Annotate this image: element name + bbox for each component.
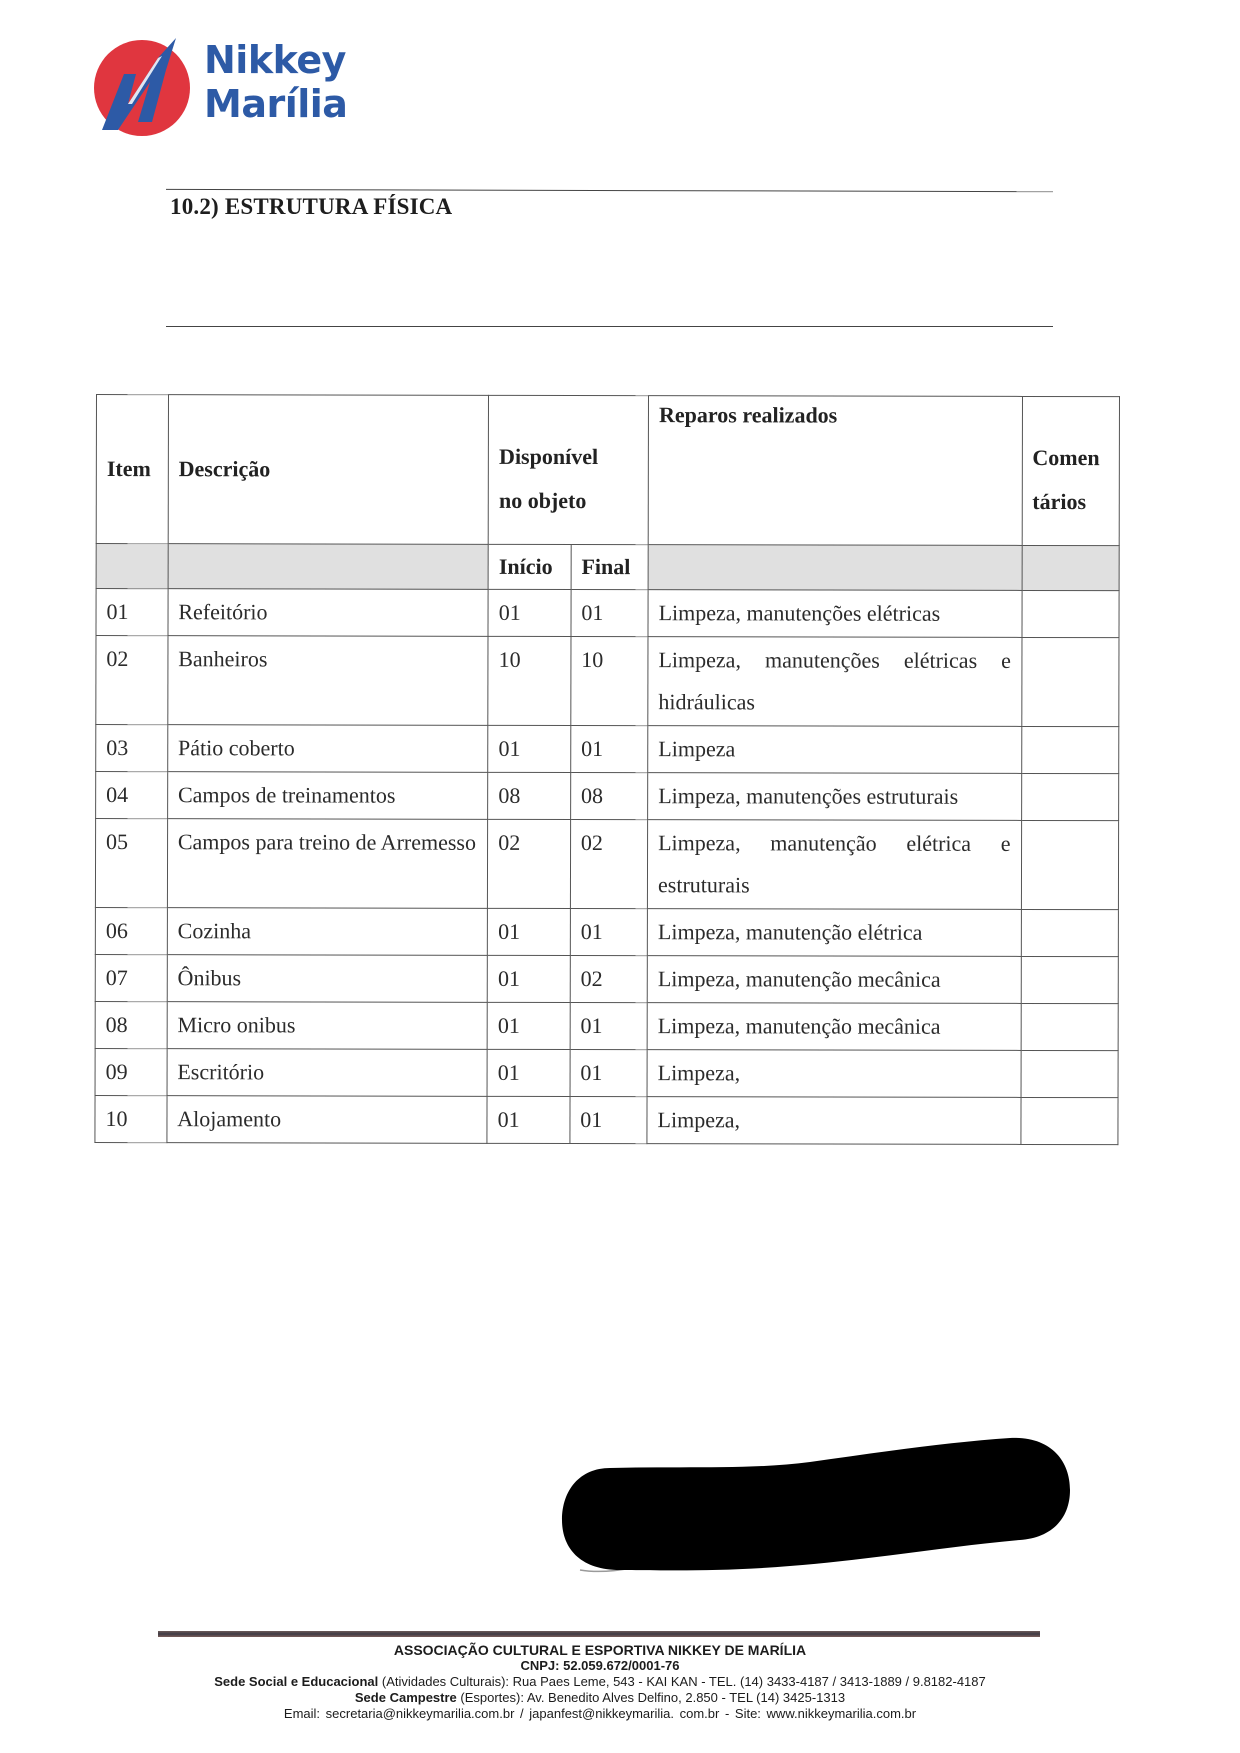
table-row: 03Pátio coberto0101Limpeza xyxy=(96,725,1119,774)
cell-repairs: Limpeza, manutenção elétrica e estrutura… xyxy=(647,820,1021,910)
header-comments: Comen tários xyxy=(1022,396,1120,545)
cell-start: 01 xyxy=(487,1049,570,1096)
cell-start: 01 xyxy=(488,725,571,772)
subheader-repairs-empty xyxy=(648,545,1022,591)
cell-item: 08 xyxy=(95,1001,167,1048)
footer-email-secretaria[interactable]: secretaria@nikkeymarilia.com.br xyxy=(326,1706,515,1721)
footer-site-link[interactable]: www.nikkeymarilia.com.br xyxy=(767,1706,917,1721)
cell-end: 01 xyxy=(570,908,647,955)
cell-start: 08 xyxy=(488,772,571,819)
cell-end: 01 xyxy=(571,725,648,772)
header-description: Descrição xyxy=(168,395,489,545)
cell-start: 01 xyxy=(487,1096,570,1143)
footer-site-label: - Site: xyxy=(725,1706,761,1721)
cell-description: Banheiros xyxy=(168,636,489,726)
cell-description: Campos para treino de Arremesso xyxy=(167,819,488,909)
header-comments-line1: Comen xyxy=(1032,445,1099,470)
footer-campestre-address: Sede Campestre (Esportes): Av. Benedito … xyxy=(150,1690,1050,1706)
cell-item: 05 xyxy=(95,819,167,908)
cell-start: 01 xyxy=(487,955,570,1002)
cell-start: 01 xyxy=(488,908,571,955)
footer-cnpj: CNPJ: 52.059.672/0001-76 xyxy=(150,1658,1050,1674)
cell-description: Refeitório xyxy=(168,589,489,637)
cell-end: 08 xyxy=(570,772,647,819)
logo-wordmark: Nikkey Marília xyxy=(204,38,347,126)
footer-campestre-text: (Esportes): Av. Benedito Alves Delfino, … xyxy=(457,1690,845,1705)
table-row: 10Alojamento0101Limpeza, xyxy=(95,1095,1118,1144)
subheader-comments-empty xyxy=(1022,545,1120,590)
footer-email-japanfest[interactable]: japanfest@nikkeymarilia. com.br xyxy=(529,1706,719,1721)
table-header-row: Item Descrição Disponível no objeto Repa… xyxy=(96,395,1119,546)
cell-start: 01 xyxy=(488,589,571,636)
footer-social-label: Sede Social e Educacional xyxy=(214,1674,378,1689)
cell-description: Micro onibus xyxy=(167,1002,488,1050)
cell-repairs: Limpeza xyxy=(648,726,1022,774)
cell-start: 10 xyxy=(488,636,571,725)
cell-item: 03 xyxy=(96,725,168,772)
cell-end: 01 xyxy=(570,1049,647,1096)
table-subheader-row: Início Final xyxy=(96,544,1119,591)
header-start: Início xyxy=(488,544,571,589)
cell-repairs: Limpeza, manutenção mecânica xyxy=(647,1003,1021,1051)
cell-repairs: Limpeza, manutenções elétricas e hidrául… xyxy=(648,637,1022,727)
cell-comments xyxy=(1020,1097,1118,1144)
logo-line-2: Marília xyxy=(204,82,347,126)
cell-end: 01 xyxy=(571,589,648,636)
cell-item: 09 xyxy=(95,1048,167,1095)
header-repairs: Reparos realizados xyxy=(648,396,1022,546)
nikkey-logo-emblem-icon xyxy=(92,34,196,138)
cell-comments xyxy=(1021,726,1119,773)
footer-social-text: (Atividades Culturais): Rua Paes Leme, 5… xyxy=(378,1674,986,1689)
cell-end: 01 xyxy=(570,1096,647,1143)
cell-item: 04 xyxy=(96,772,168,819)
subheader-description-empty xyxy=(168,544,488,590)
cell-repairs: Limpeza, xyxy=(647,1097,1021,1145)
subheader-item-empty xyxy=(96,544,168,589)
table-body: 01Refeitório0101Limpeza, manutenções elé… xyxy=(95,589,1119,1145)
table-row: 05Campos para treino de Arremesso0202Lim… xyxy=(95,819,1118,910)
cell-comments xyxy=(1021,909,1119,956)
cell-item: 10 xyxy=(95,1095,167,1142)
cell-repairs: Limpeza, xyxy=(647,1050,1021,1098)
heading-bottom-rule xyxy=(166,326,1053,327)
footer-campestre-label: Sede Campestre xyxy=(355,1690,457,1705)
table-row: 07Ônibus0102Limpeza, manutenção mecânica xyxy=(95,954,1118,1003)
cell-item: 07 xyxy=(95,954,167,1001)
footer-organization: ASSOCIAÇÃO CULTURAL E ESPORTIVA NIKKEY D… xyxy=(150,1642,1050,1658)
header-available-line2: no objeto xyxy=(499,488,586,513)
cell-repairs: Limpeza, manutenção mecânica xyxy=(647,956,1021,1004)
physical-structure-table: Item Descrição Disponível no objeto Repa… xyxy=(94,394,1120,1145)
table-row: 04Campos de treinamentos0808Limpeza, man… xyxy=(96,772,1119,821)
cell-end: 10 xyxy=(571,636,648,725)
cell-repairs: Limpeza, manutenção elétrica xyxy=(647,909,1021,957)
footer-email-label: Email: xyxy=(284,1706,320,1721)
table-row: 01Refeitório0101Limpeza, manutenções elé… xyxy=(96,589,1119,638)
cell-repairs: Limpeza, manutenções elétricas xyxy=(648,590,1022,638)
header-available-line1: Disponível xyxy=(499,444,598,469)
cell-description: Ônibus xyxy=(167,955,488,1003)
header-available: Disponível no objeto xyxy=(488,395,648,544)
table-row: 02Banheiros1010Limpeza, manutenções elét… xyxy=(96,636,1119,727)
cell-description: Pátio coberto xyxy=(168,725,489,773)
cell-end: 02 xyxy=(570,955,647,1002)
logo-line-1: Nikkey xyxy=(204,38,347,82)
cell-description: Cozinha xyxy=(167,908,488,956)
cell-comments xyxy=(1021,956,1119,1003)
header-item: Item xyxy=(96,395,168,544)
table-row: 09Escritório0101Limpeza, xyxy=(95,1048,1118,1097)
cell-comments xyxy=(1021,590,1119,637)
section-title: 10.2) ESTRUTURA FÍSICA xyxy=(170,194,452,220)
header-comments-line2: tários xyxy=(1032,489,1086,514)
footer: ASSOCIAÇÃO CULTURAL E ESPORTIVA NIKKEY D… xyxy=(150,1642,1050,1722)
cell-end: 02 xyxy=(570,819,647,908)
footer-social-address: Sede Social e Educacional (Atividades Cu… xyxy=(150,1674,1050,1690)
header-end: Final xyxy=(571,544,648,589)
cell-comments xyxy=(1021,773,1119,820)
cell-item: 06 xyxy=(95,907,167,954)
cell-comments xyxy=(1021,1003,1119,1050)
footer-rule xyxy=(158,1631,1040,1637)
heading-top-rule xyxy=(166,189,1053,192)
cell-description: Campos de treinamentos xyxy=(167,772,488,820)
cell-comments xyxy=(1021,637,1119,726)
cell-description: Alojamento xyxy=(167,1096,488,1144)
cell-start: 02 xyxy=(488,819,571,908)
cell-start: 01 xyxy=(487,1002,570,1049)
cell-item: 01 xyxy=(96,589,168,636)
cell-description: Escritório xyxy=(167,1049,488,1097)
signature-redaction xyxy=(550,1420,1080,1580)
cell-repairs: Limpeza, manutenções estruturais xyxy=(648,773,1022,821)
footer-contact-line: Email: secretaria@nikkeymarilia.com.br /… xyxy=(150,1706,1050,1722)
cell-comments xyxy=(1021,1050,1119,1097)
cell-item: 02 xyxy=(96,636,168,725)
cell-comments xyxy=(1021,820,1119,909)
table-row: 06Cozinha0101Limpeza, manutenção elétric… xyxy=(95,907,1118,956)
cell-end: 01 xyxy=(570,1002,647,1049)
footer-separator: / xyxy=(520,1706,524,1721)
nikkey-marilia-logo: Nikkey Marília xyxy=(92,32,362,142)
table-row: 08Micro onibus0101Limpeza, manutenção me… xyxy=(95,1001,1118,1050)
